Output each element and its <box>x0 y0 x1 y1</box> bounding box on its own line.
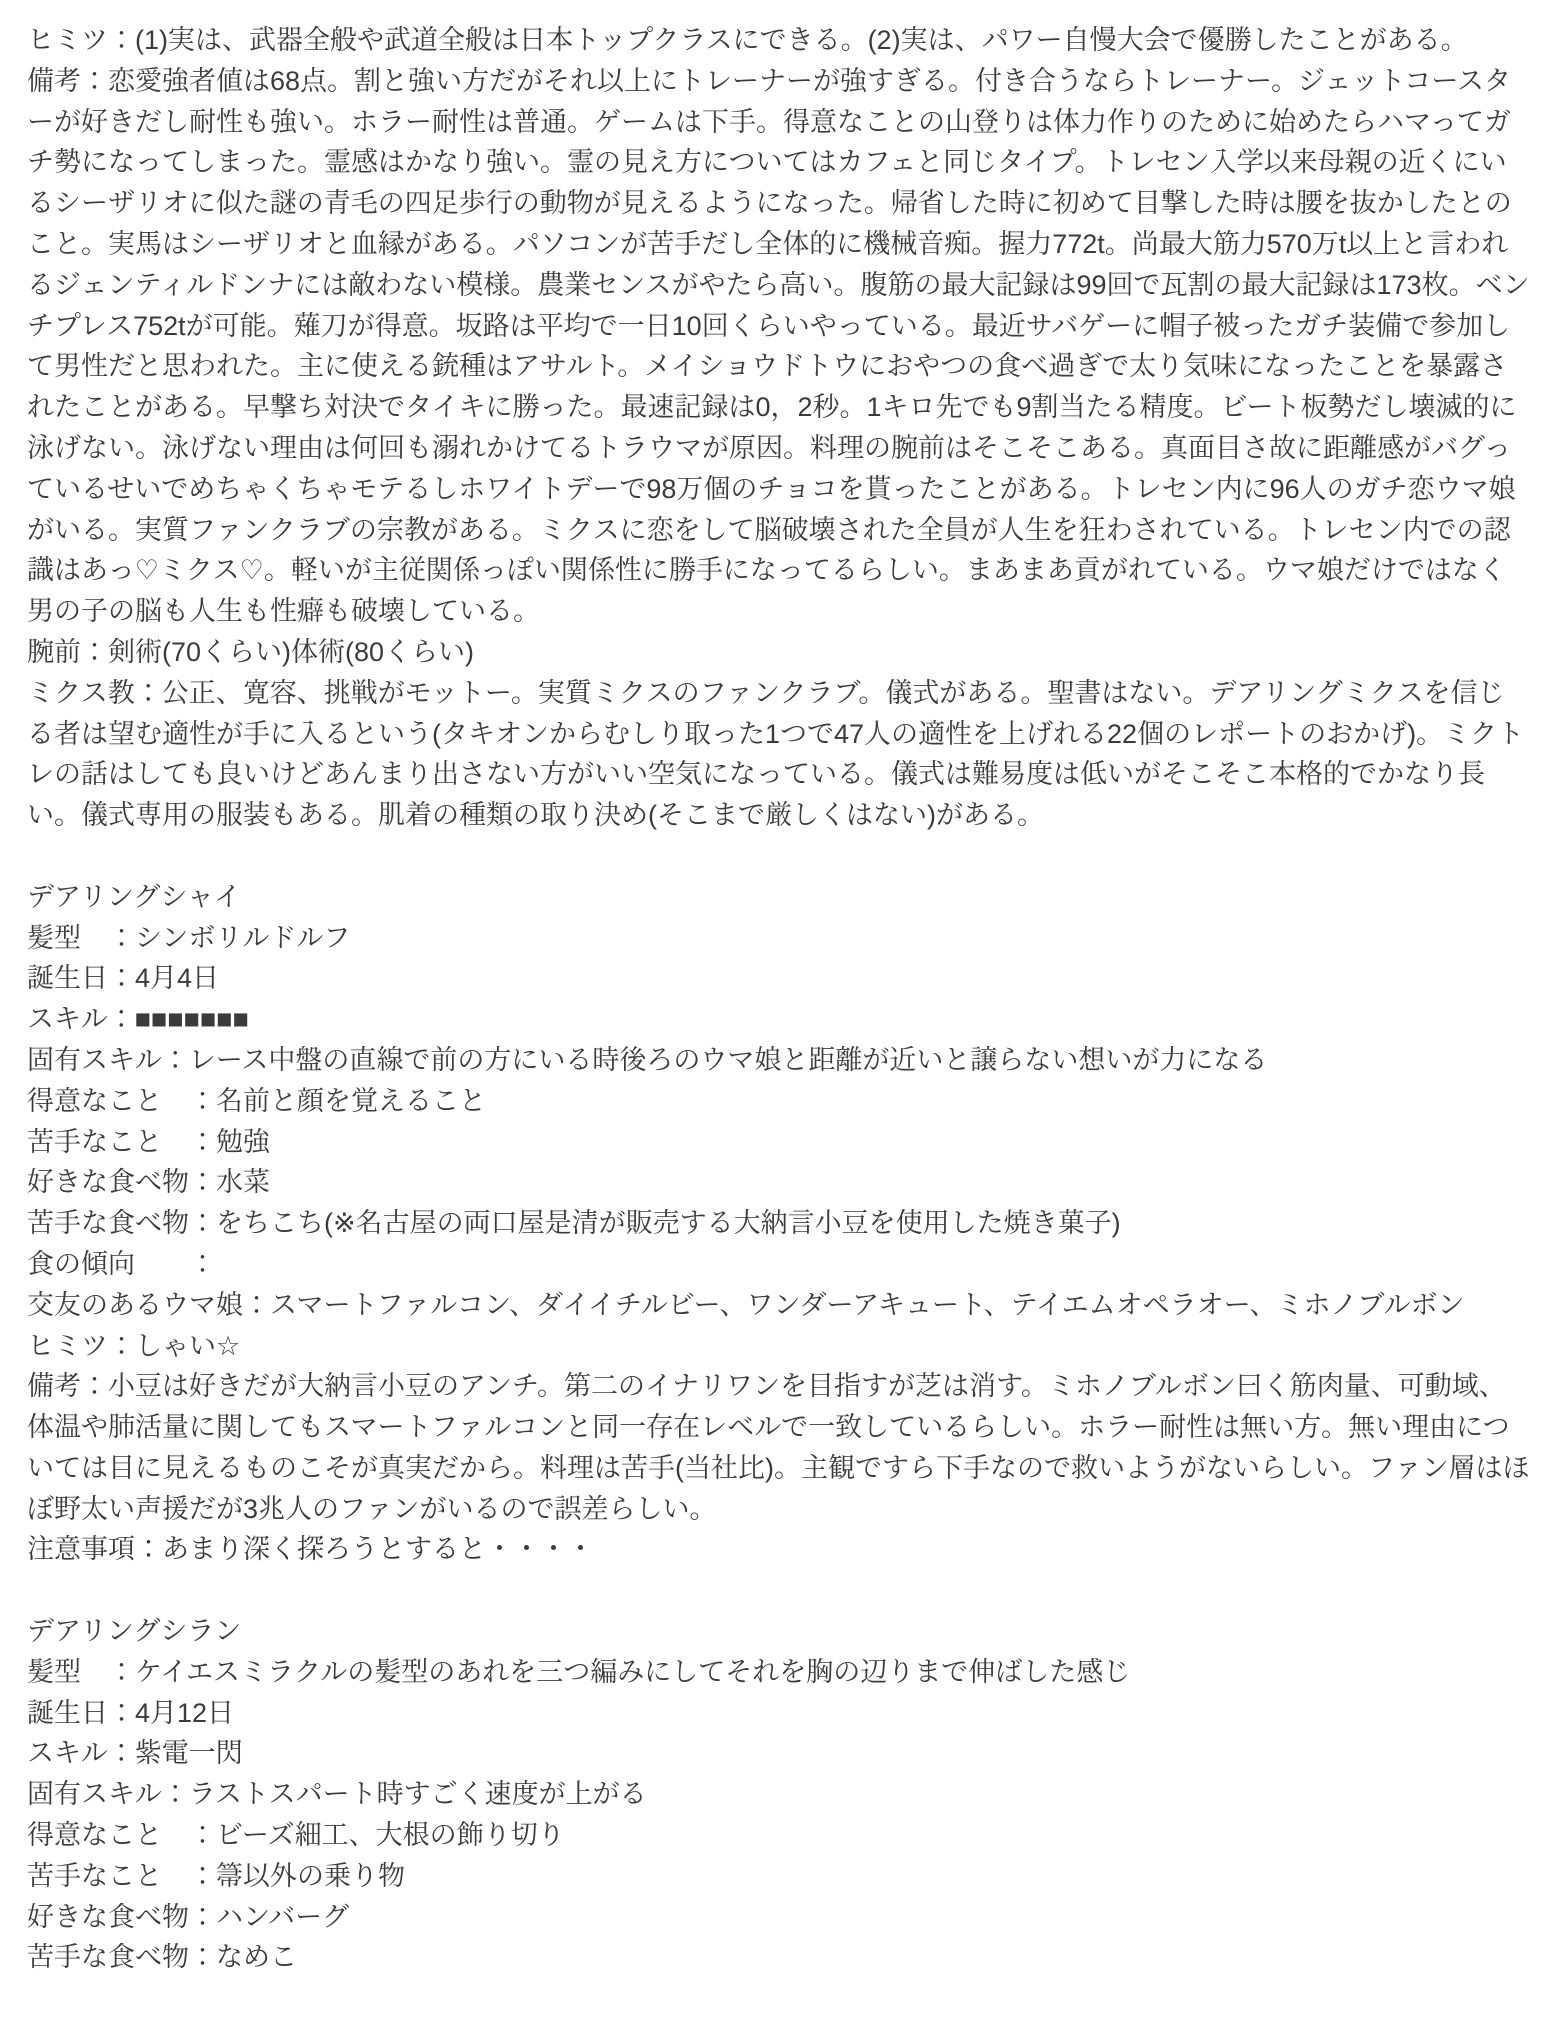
field-disliked-food: 苦手な食べ物：をちこち(※名古屋の両口屋是清が販売する大納言小豆を使用した焼き菓… <box>27 1203 1530 1244</box>
field-favorite-food: 好きな食べ物：ハンバーグ <box>27 1897 1530 1938</box>
field-hairstyle: 髪型 ：ケイエスミラクルの髪型のあれを三つ編みにしてそれを胸の辺りまで伸ばした感… <box>27 1652 1530 1693</box>
document-body: ヒミツ：(1)実は、武器全般や武道全般は日本トップクラスにできる。(2)実は、パ… <box>0 0 1555 2018</box>
field-food-tendency: 食の傾向 ： <box>27 1244 1530 1285</box>
field-good-at: 得意なこと ：名前と顔を覚えること <box>27 1081 1530 1122</box>
field-favorite-food: 好きな食べ物：水菜 <box>27 1162 1530 1203</box>
blank-line <box>27 836 1530 877</box>
character-profile-daring-shiran: デアリングシラン 髪型 ：ケイエスミラクルの髪型のあれを三つ編みにしてそれを胸の… <box>27 1611 1530 1978</box>
field-unique-skill: 固有スキル：レース中盤の直線で前の方にいる時後ろのウマ娘と距離が近いと譲らない想… <box>27 1040 1530 1081</box>
paragraph-udemae: 腕前：剣術(70くらい)体術(80くらい) <box>27 632 1530 673</box>
field-friends: 交友のあるウマ娘：スマートファルコン、ダイイチルビー、ワンダーアキュート、テイエ… <box>27 1285 1530 1326</box>
field-hairstyle: 髪型 ：シンボリルドルフ <box>27 918 1530 959</box>
field-bad-at: 苦手なこと ：勉強 <box>27 1122 1530 1163</box>
paragraph-mikusu-kyou: ミクス教：公正、寛容、挑戦がモットー。実質ミクスのファンクラブ。儀式がある。聖書… <box>27 673 1530 836</box>
field-himitsu: ヒミツ：しゃい☆ <box>27 1326 1530 1367</box>
character-name: デアリングシャイ <box>27 877 1530 918</box>
blank-line <box>27 1570 1530 1611</box>
character-profile-daring-shy: デアリングシャイ 髪型 ：シンボリルドルフ 誕生日：4月4日 スキル：■■■■■… <box>27 877 1530 1571</box>
paragraph-himitsu: ヒミツ：(1)実は、武器全般や武道全般は日本トップクラスにできる。(2)実は、パ… <box>27 20 1530 61</box>
field-birthday: 誕生日：4月12日 <box>27 1693 1530 1734</box>
field-good-at: 得意なこと ：ビーズ細工、大根の飾り切り <box>27 1815 1530 1856</box>
character-name: デアリングシラン <box>27 1611 1530 1652</box>
field-disliked-food: 苦手な食べ物：なめこ <box>27 1937 1530 1978</box>
paragraph-bikou: 備考：恋愛強者値は68点。割と強い方だがそれ以上にトレーナーが強すぎる。付き合う… <box>27 61 1530 632</box>
field-skill: スキル：■■■■■■■ <box>27 999 1530 1040</box>
field-caution: 注意事項：あまり深く探ろうとすると・・・・ <box>27 1529 1530 1570</box>
field-bad-at: 苦手なこと ：箒以外の乗り物 <box>27 1856 1530 1897</box>
field-unique-skill: 固有スキル：ラストスパート時すごく速度が上がる <box>27 1774 1530 1815</box>
field-bikou: 備考：小豆は好きだが大納言小豆のアンチ。第二のイナリワンを目指すが芝は消す。ミホ… <box>27 1366 1530 1529</box>
field-birthday: 誕生日：4月4日 <box>27 958 1530 999</box>
field-skill: スキル：紫電一閃 <box>27 1733 1530 1774</box>
